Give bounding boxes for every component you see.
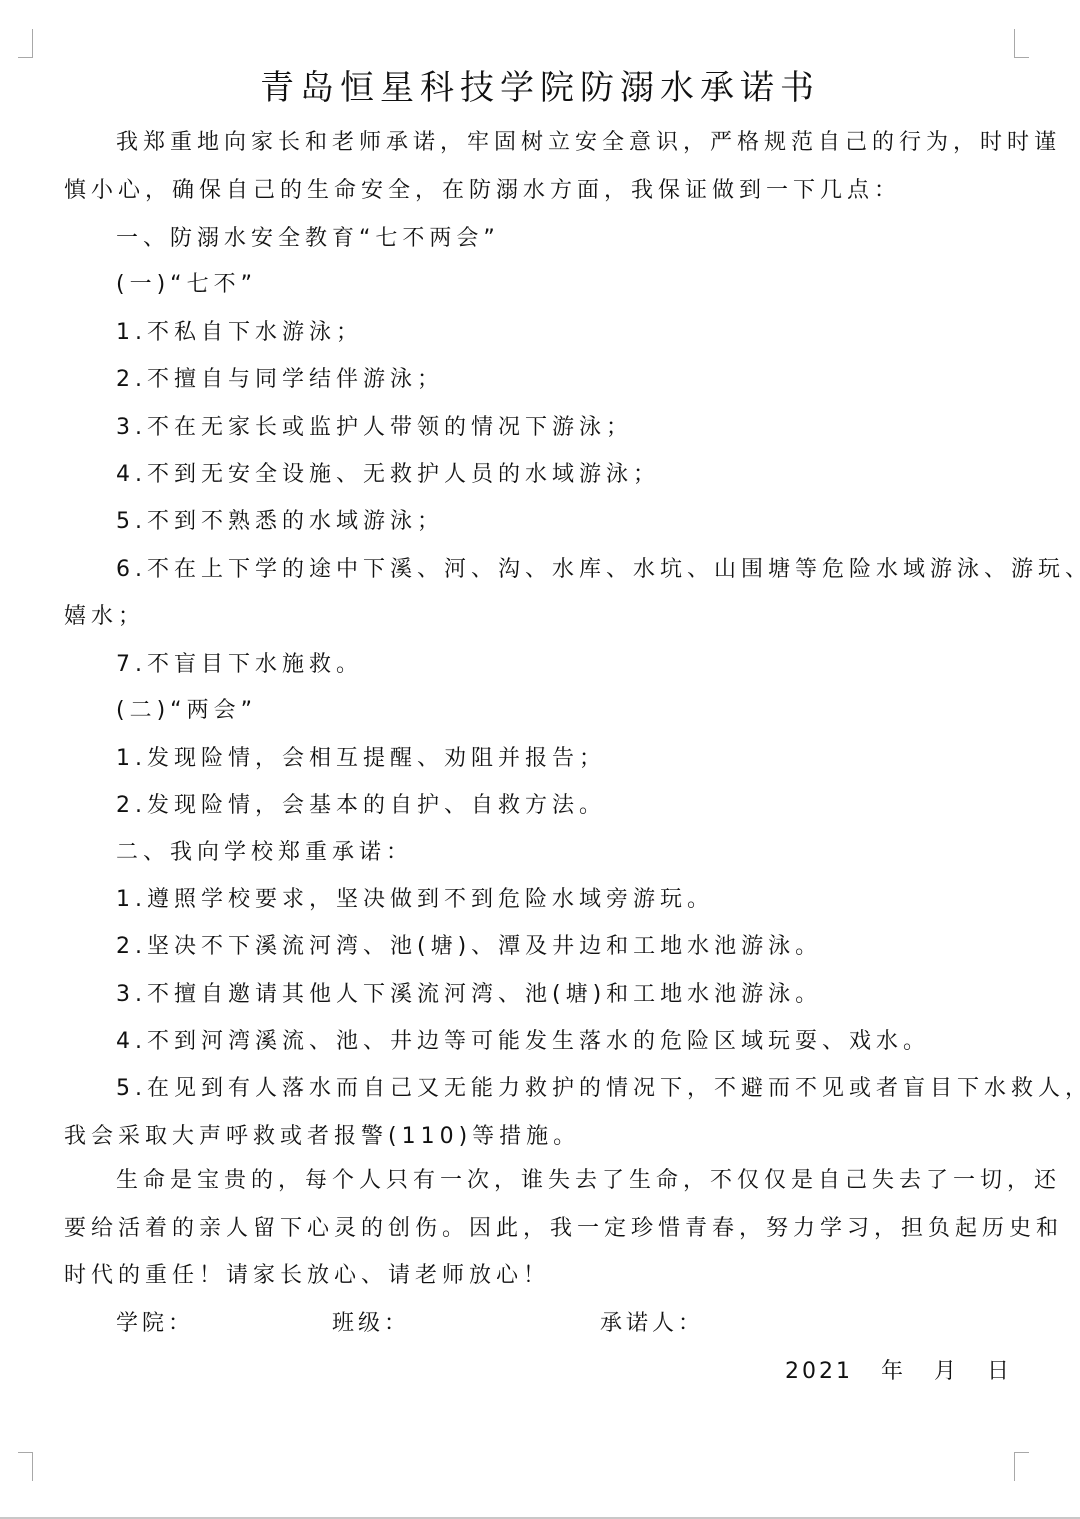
intro-line-1: 我郑重地向家长和老师承诺，牢固树立安全意识，严格规范自己的行为，时时谨	[116, 128, 1016, 158]
list-item-continuation: 我会采取大声呼救或者报警(110)等措施。	[64, 1122, 1024, 1152]
list-item: 2.坚决不下溪流河湾、池(塘)、潭及井边和工地水池游泳。	[116, 932, 1016, 962]
date-year: 2021	[785, 1359, 853, 1384]
closing-line-1: 生命是宝贵的，每个人只有一次，谁失去了生命，不仅仅是自己失去了一切，还	[116, 1166, 1016, 1196]
list-item: 2.不擅自与同学结伴游泳；	[116, 365, 1016, 395]
closing-line-3: 时代的重任！请家长放心、请老师放心！	[64, 1261, 1024, 1291]
class-field-label: 班级：	[332, 1306, 410, 1337]
list-item: 5.在见到有人落水而自己又无能力救护的情况下，不避而不见或者盲目下水救人，	[116, 1074, 1016, 1104]
section-2-heading: 二、我向学校郑重承诺：	[116, 838, 1016, 868]
list-item: 3.不在无家长或监护人带领的情况下游泳；	[116, 413, 1016, 443]
date-year-label: 年	[881, 1359, 906, 1384]
list-item: 4.不到无安全设施、无救护人员的水域游泳；	[116, 460, 1016, 490]
list-item: 1.遵照学校要求，坚决做到不到危险水域旁游玩。	[116, 885, 1016, 915]
list-item: 1.发现险情，会相互提醒、劝阻并报告；	[116, 744, 1016, 774]
page-corner-mark-bottom-left	[18, 1452, 33, 1481]
list-item: 7.不盲目下水施救。	[116, 650, 1016, 680]
date-line: 2021 年 月 日	[785, 1354, 1012, 1385]
date-day-label: 日	[987, 1359, 1012, 1384]
list-item: 4.不到河湾溪流、池、井边等可能发生落水的危险区域玩耍、戏水。	[116, 1027, 1016, 1057]
list-item: 1.不私自下水游泳；	[116, 318, 1016, 348]
date-month-label: 月	[934, 1359, 959, 1384]
page-corner-mark-top-right	[1014, 29, 1029, 58]
part-1-heading: (一)“七不”	[116, 270, 1016, 300]
list-item: 2.发现险情，会基本的自护、自救方法。	[116, 791, 1016, 821]
college-field-label: 学院：	[116, 1306, 194, 1337]
promiser-field-label: 承诺人：	[600, 1306, 704, 1337]
closing-line-2: 要给活着的亲人留下心灵的创伤。因此，我一定珍惜青春，努力学习，担负起历史和	[64, 1214, 1024, 1244]
page-corner-mark-top-left	[18, 29, 33, 58]
page-corner-mark-bottom-right	[1014, 1452, 1029, 1481]
document-title: 青岛恒星科技学院防溺水承诺书	[0, 60, 1080, 109]
list-item: 5.不到不熟悉的水域游泳；	[116, 507, 1016, 537]
section-1-heading: 一、防溺水安全教育“七不两会”	[116, 224, 1016, 254]
list-item-continuation: 嬉水；	[64, 602, 1024, 632]
list-item: 3.不擅自邀请其他人下溪流河湾、池(塘)和工地水池游泳。	[116, 980, 1016, 1010]
intro-line-2: 慎小心，确保自己的生命安全，在防溺水方面，我保证做到一下几点：	[64, 176, 1024, 206]
part-2-heading: (二)“两会”	[116, 696, 1016, 726]
list-item: 6.不在上下学的途中下溪、河、沟、水库、水坑、山围塘等危险水域游泳、游玩、	[116, 555, 1016, 585]
